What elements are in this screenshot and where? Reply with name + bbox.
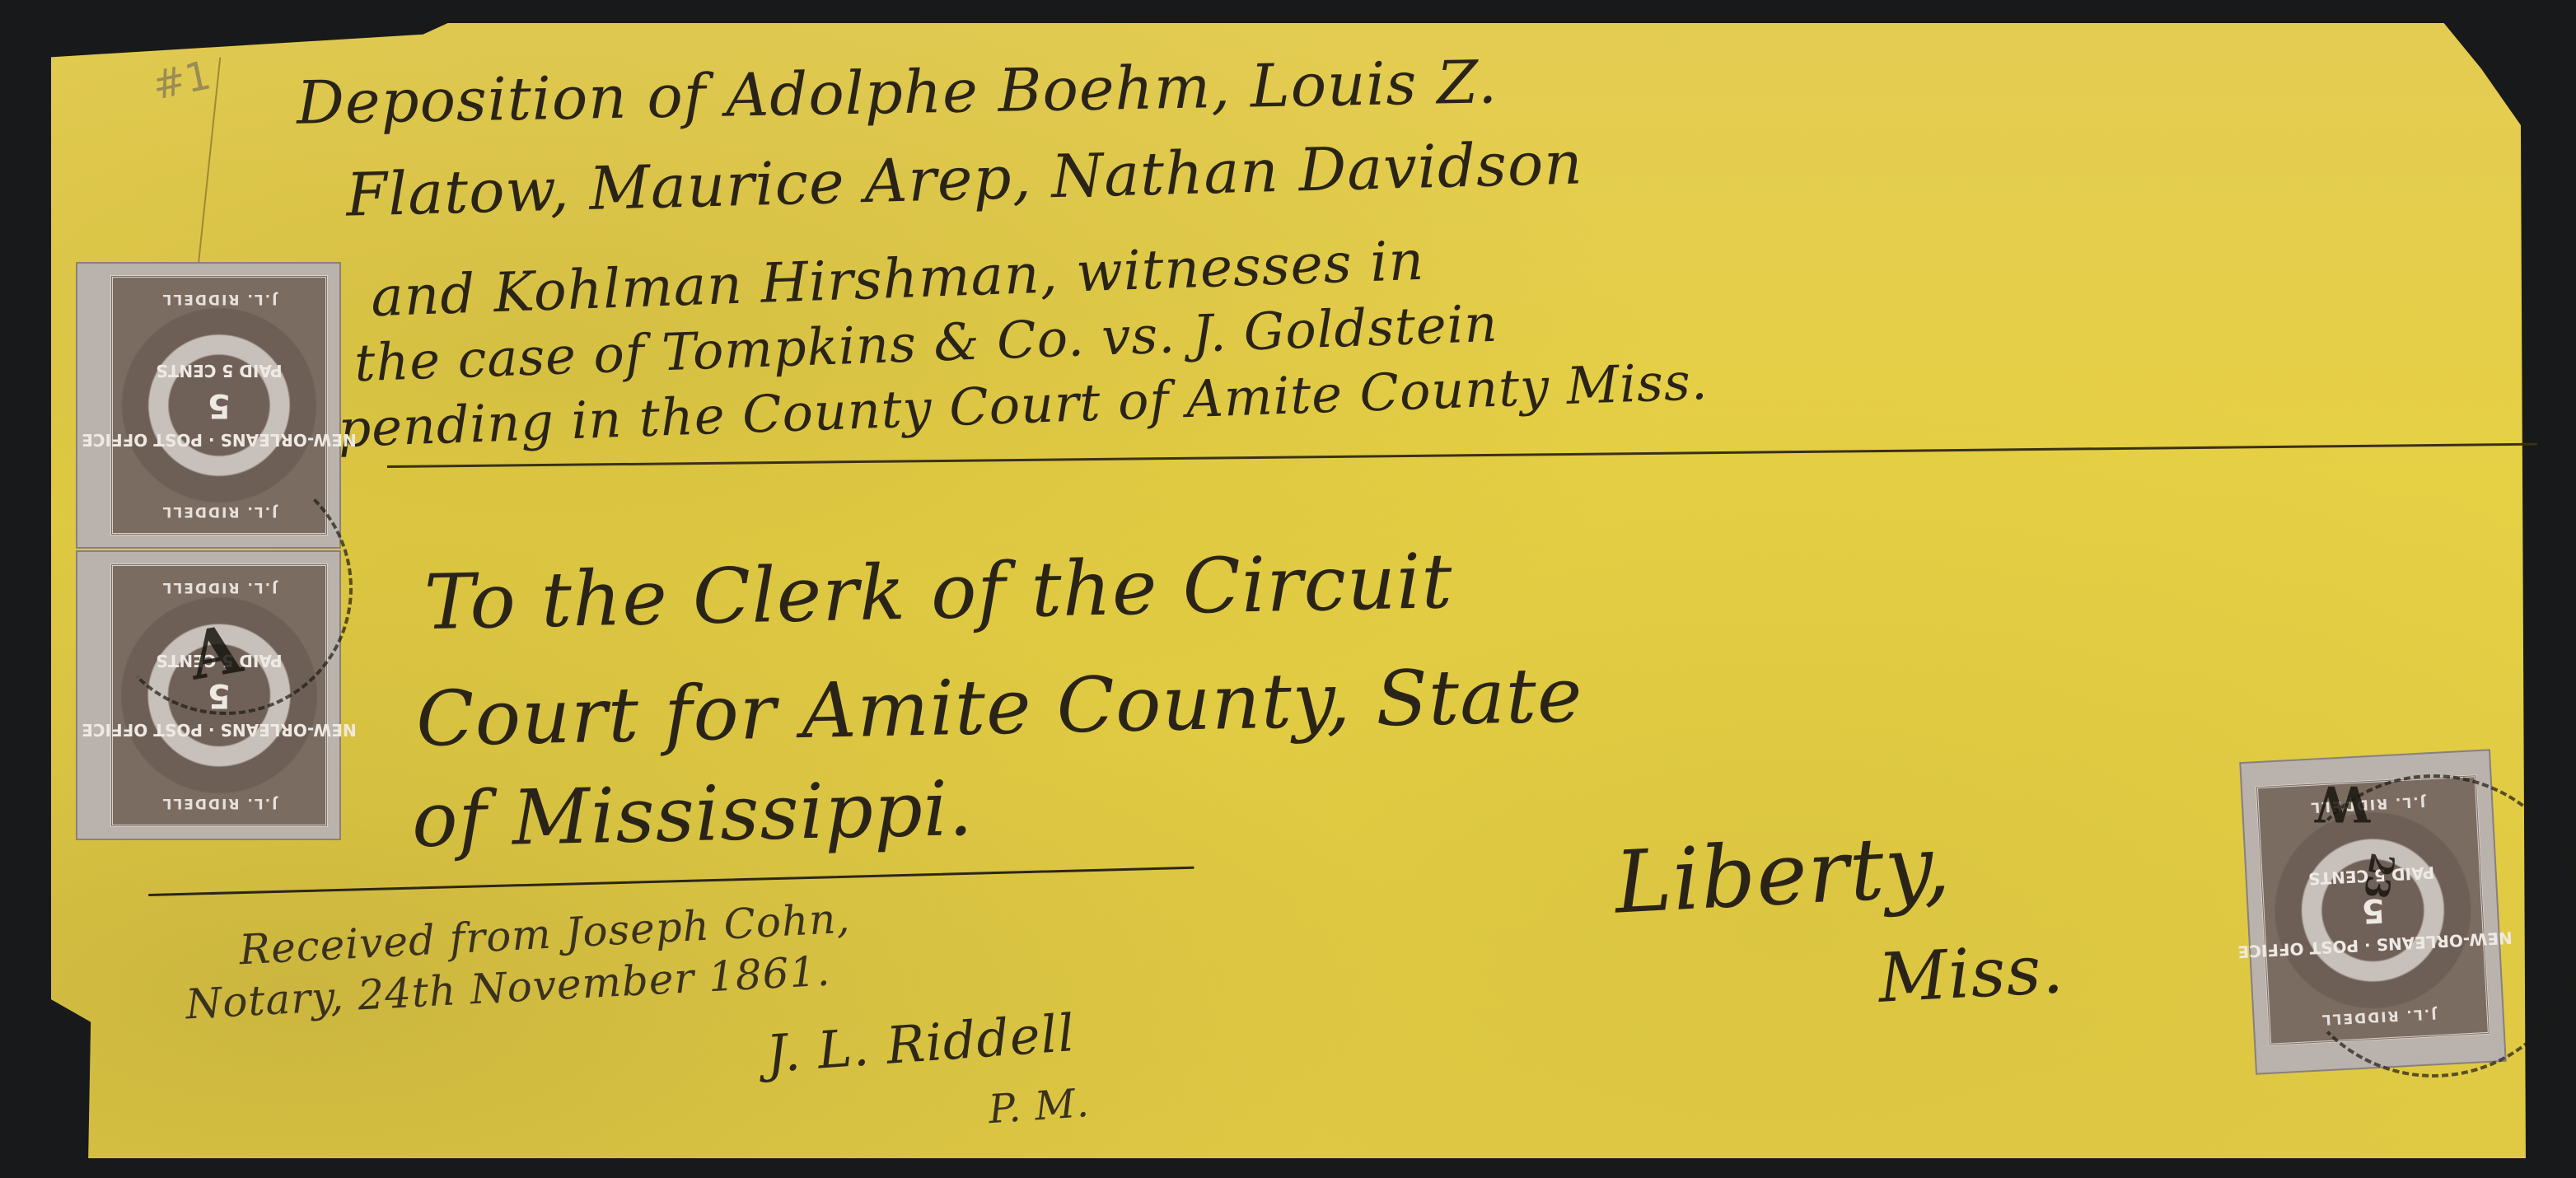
postmark-date: 23 <box>2356 850 2402 902</box>
stamp-center-text: PAID 5 CENTS <box>156 361 282 381</box>
address-town: Liberty, <box>1612 815 1953 933</box>
stamp-top-label: J.L. RIDDELL <box>113 291 325 307</box>
stamp-ring-text: NEW-ORLEANS · POST OFFICE <box>82 430 357 450</box>
postmark-letter-w: W <box>2315 774 2370 832</box>
postmaster-title: P. M. <box>987 1080 1091 1133</box>
stamp-denomination: 5 <box>82 382 357 428</box>
address-line-3: of Mississippi. <box>411 764 975 864</box>
stamp-center: NEW-ORLEANS · POST OFFICE 5 PAID 5 CENTS <box>82 359 357 451</box>
address-state: Miss. <box>1877 930 2066 1018</box>
stamp-bottom-label: J.L. RIDDELL <box>113 795 325 811</box>
stamp-ring-text: NEW-ORLEANS · POST OFFICE <box>82 720 357 740</box>
